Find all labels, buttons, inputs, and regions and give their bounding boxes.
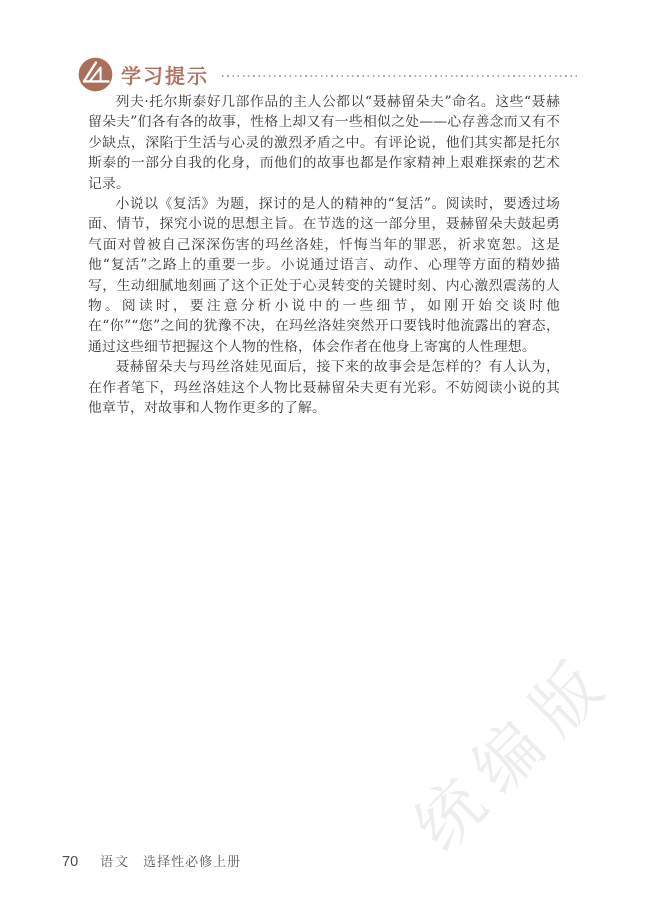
page-number: 70 [62,854,78,870]
study-tips-body: 列夫·托尔斯泰好几部作品的主人公都以“聂赫留朵夫”命名。这些“聂赫留朵夫”们各有… [88,92,560,419]
paragraph-further-reading: 聂赫留朵夫与玛丝洛娃见面后，接下来的故事会是怎样的？有人认为，在作者笔下，玛丝洛… [88,357,560,418]
study-tips-logo-icon [77,56,114,93]
section-title: 学习提示 [121,60,209,89]
paragraph-tolstoy-characters: 列夫·托尔斯泰好几部作品的主人公都以“聂赫留朵夫”命名。这些“聂赫留朵夫”们各有… [88,92,560,194]
textbook-page: 学习提示 列夫·托尔斯泰好几部作品的主人公都以“聂赫留朵夫”命名。这些“聂赫留朵… [0,0,647,916]
page-footer: 70 语文 选择性必修上册 [62,851,241,870]
paragraph-resurrection-theme: 小说以《复活》为题，探讨的是人的精神的“复活”。阅读时，要透过场面、情节，探究小… [88,194,560,357]
dotted-divider [222,75,577,77]
footer-subject: 语文 [100,851,130,870]
study-tips-header: 学习提示 [77,55,577,93]
edition-watermark-text: 统编版 [389,626,630,867]
footer-volume: 选择性必修上册 [143,851,241,870]
edition-watermark: 统编版 [380,617,640,877]
